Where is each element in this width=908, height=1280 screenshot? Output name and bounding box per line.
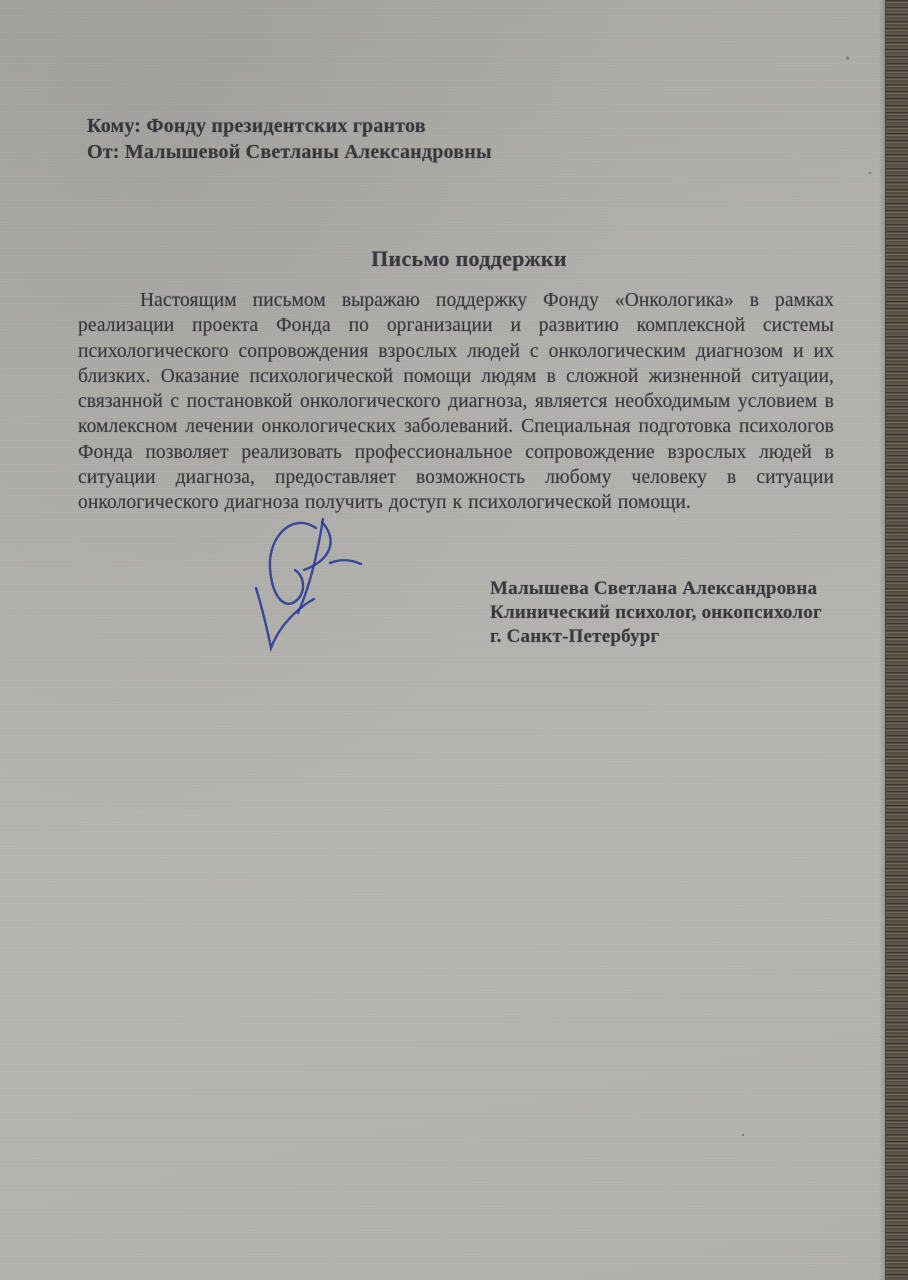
signature-block: Малышева Светлана Александровна Клиничес…: [490, 577, 822, 649]
background-edge-strip: [885, 0, 908, 1280]
signatory-name: Малышева Светлана Александровна: [490, 577, 822, 601]
scan-speck: [742, 1134, 744, 1136]
letter-title: Письмо поддержки: [88, 246, 850, 272]
handwritten-signature: [238, 506, 378, 666]
scan-speck: [846, 56, 849, 60]
recipient-line: Кому: Фонду президентских грантов: [87, 113, 492, 139]
scanned-letter-page: Кому: Фонду президентских грантов От: Ма…: [0, 0, 908, 1280]
scan-speck: [868, 172, 872, 174]
signatory-role: Клинический психолог, онкопсихолог: [490, 601, 822, 625]
letter-body: Настоящим письмом выражаю поддержку Фонд…: [78, 288, 834, 516]
signatory-city: г. Санкт-Петербург: [490, 625, 822, 649]
sender-line: От: Малышевой Светланы Александровны: [87, 139, 492, 165]
letter-header: Кому: Фонду президентских грантов От: Ма…: [87, 113, 492, 165]
